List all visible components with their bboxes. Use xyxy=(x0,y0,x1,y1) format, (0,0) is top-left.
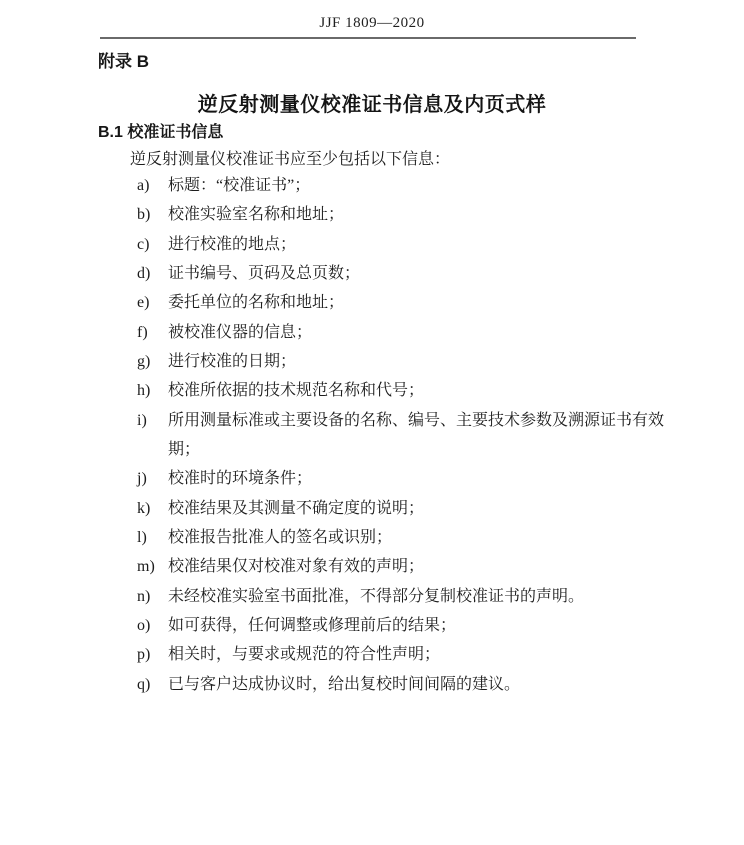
list-item-m: m) 校准结果仅对校准对象有效的声明； xyxy=(137,552,668,581)
item-letter: f) xyxy=(137,318,168,347)
item-text: 相关时，与要求或规范的符合性声明； xyxy=(168,640,668,669)
item-text: 校准时的环境条件； xyxy=(168,464,668,493)
item-letter: i) xyxy=(137,406,168,435)
item-letter: e) xyxy=(137,288,168,317)
item-text: 委托单位的名称和地址； xyxy=(168,288,668,317)
list-item-q: q) 已与客户达成协议时，给出复校时间间隔的建议。 xyxy=(137,670,668,699)
item-text: 如可获得，任何调整或修理前后的结果； xyxy=(168,611,668,640)
list-item-b: b) 校准实验室名称和地址； xyxy=(137,200,668,229)
list-item-a: a) 标题：“校准证书”； xyxy=(137,171,668,200)
list-item-d: d) 证书编号、页码及总页数； xyxy=(137,259,668,288)
list-item-n: n) 未经校准实验室书面批准，不得部分复制校准证书的声明。 xyxy=(137,582,668,611)
item-letter: m) xyxy=(137,552,168,581)
item-letter: b) xyxy=(137,200,168,229)
header-rule xyxy=(100,37,636,39)
document-title: 逆反射测量仪校准证书信息及内页式样 xyxy=(0,88,744,117)
item-letter: p) xyxy=(137,640,168,669)
item-text: 校准所依据的技术规范名称和代号； xyxy=(168,376,668,405)
list-item-h: h) 校准所依据的技术规范名称和代号； xyxy=(137,376,668,405)
item-text: 进行校准的日期； xyxy=(168,347,668,376)
item-text: 证书编号、页码及总页数； xyxy=(168,259,668,288)
list-item-l: l) 校准报告批准人的签名或识别； xyxy=(137,523,668,552)
item-text: 标题：“校准证书”； xyxy=(168,171,668,200)
item-letter: g) xyxy=(137,347,168,376)
intro-paragraph: 逆反射测量仪校准证书应至少包括以下信息： xyxy=(130,146,450,169)
list-item-p: p) 相关时，与要求或规范的符合性声明； xyxy=(137,640,668,669)
item-text: 校准结果仅对校准对象有效的声明； xyxy=(168,552,668,581)
item-letter: o) xyxy=(137,611,168,640)
item-letter: h) xyxy=(137,376,168,405)
item-letter: j) xyxy=(137,464,168,493)
list-item-j: j) 校准时的环境条件； xyxy=(137,464,668,493)
item-letter: q) xyxy=(137,670,168,699)
item-text: 校准结果及其测量不确定度的说明； xyxy=(168,494,668,523)
section-heading: B.1 校准证书信息 xyxy=(98,119,223,142)
list-item-k: k) 校准结果及其测量不确定度的说明； xyxy=(137,494,668,523)
item-text: 进行校准的地点； xyxy=(168,230,668,259)
item-text: 已与客户达成协议时，给出复校时间间隔的建议。 xyxy=(168,670,668,699)
list-item-g: g) 进行校准的日期； xyxy=(137,347,668,376)
item-letter: k) xyxy=(137,494,168,523)
list-item-i: i) 所用测量标准或主要设备的名称、编号、主要技术参数及溯源证书有效期； xyxy=(137,406,668,465)
list-item-c: c) 进行校准的地点； xyxy=(137,230,668,259)
item-letter: a) xyxy=(137,171,168,200)
list-item-e: e) 委托单位的名称和地址； xyxy=(137,288,668,317)
item-text: 校准实验室名称和地址； xyxy=(168,200,668,229)
item-letter: d) xyxy=(137,259,168,288)
running-header: JJF 1809—2020 xyxy=(0,15,744,32)
list-item-o: o) 如可获得，任何调整或修理前后的结果； xyxy=(137,611,668,640)
item-letter: l) xyxy=(137,523,168,552)
item-text: 校准报告批准人的签名或识别； xyxy=(168,523,668,552)
document-page: JJF 1809—2020 附录 B 逆反射测量仪校准证书信息及内页式样 B.1… xyxy=(0,0,744,845)
item-letter: c) xyxy=(137,230,168,259)
list-item-f: f) 被校准仪器的信息； xyxy=(137,318,668,347)
item-text: 被校准仪器的信息； xyxy=(168,318,668,347)
item-letter: n) xyxy=(137,582,168,611)
certificate-info-list: a) 标题：“校准证书”； b) 校准实验室名称和地址； c) 进行校准的地点；… xyxy=(137,171,668,699)
item-text: 所用测量标准或主要设备的名称、编号、主要技术参数及溯源证书有效期； xyxy=(168,406,668,465)
appendix-label: 附录 B xyxy=(98,47,149,72)
item-text: 未经校准实验室书面批准，不得部分复制校准证书的声明。 xyxy=(168,582,668,611)
